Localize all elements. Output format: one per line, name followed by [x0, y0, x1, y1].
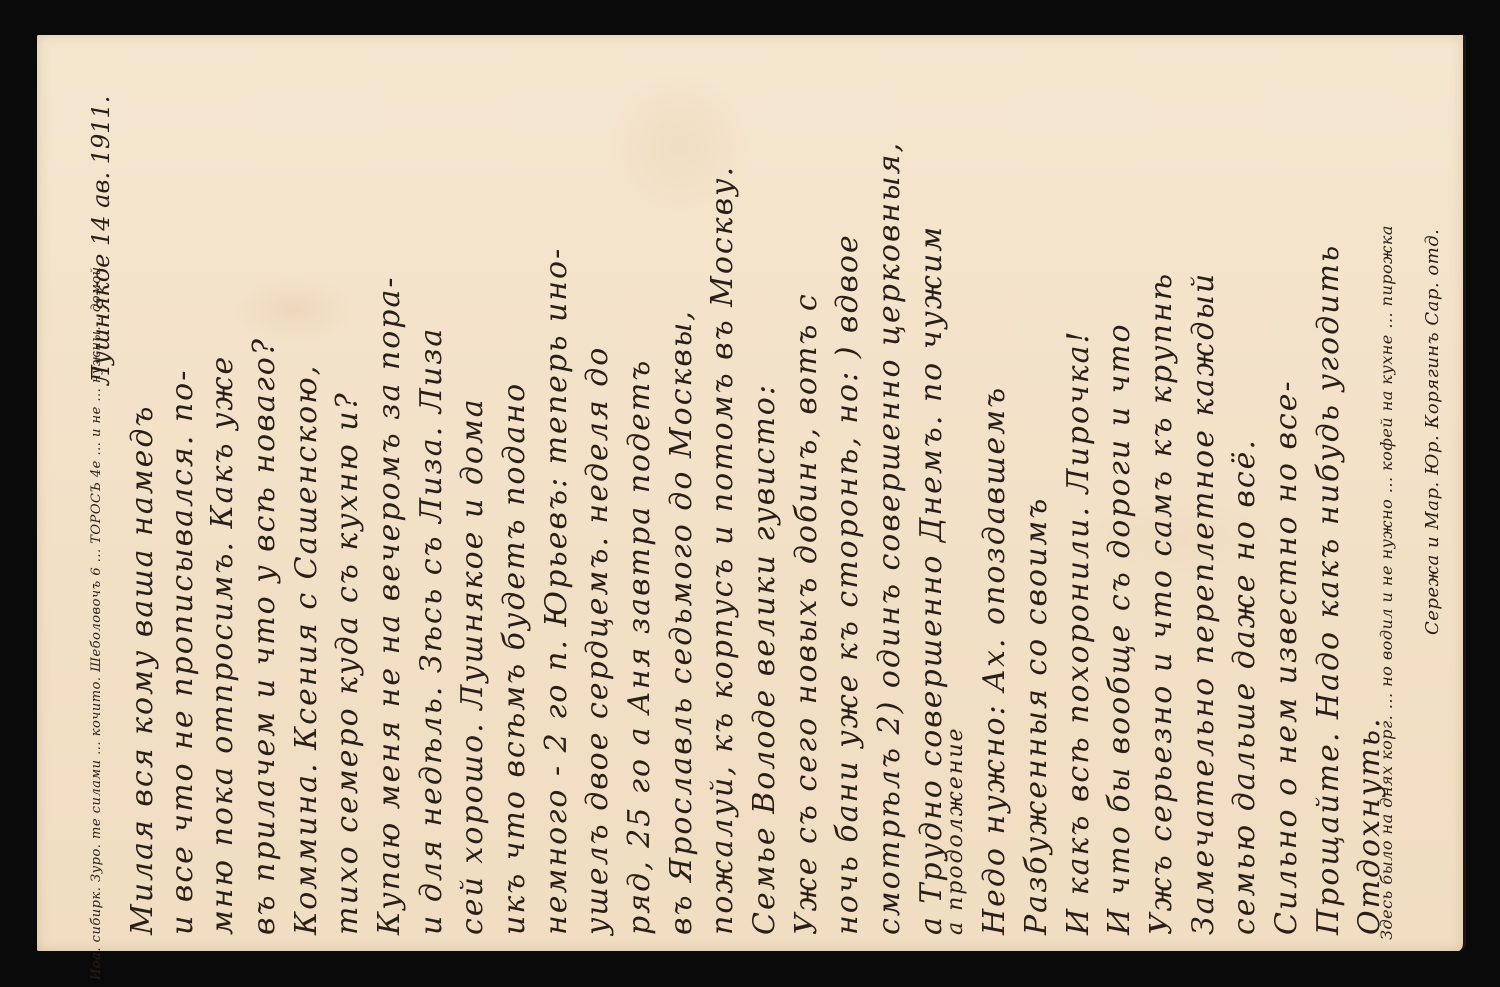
text-line: Сильно о нем известно но все-	[1269, 379, 1304, 935]
text-line: семью дальше даже но всё.	[1227, 438, 1262, 935]
postcard: Лушнякое 14 ав. 1911. Иоа. сибирк. Зуро.…	[37, 35, 1466, 951]
text-line: Милая вся кому ваша намедъ	[125, 405, 160, 935]
text-line: Разбуженныя со своимъ	[1019, 497, 1054, 935]
text-line: ушелъ двое сердцемъ. неделя до	[580, 346, 615, 935]
text-line: пожалуй, къ корпусъ и потомъ въ Москву.	[705, 165, 740, 935]
text-line: Купаю меня не на вечеромъ за пора-	[372, 276, 407, 936]
text-line: а продолжение	[943, 726, 968, 935]
text-line: И какъ всѣ похоронили. Лирочка!	[1061, 329, 1096, 935]
footer-note: Здесь было на днях корг. ... но водил и …	[1377, 225, 1396, 940]
text-line: Коммина. Ксения с Сашенскою,	[289, 364, 324, 935]
text-line: сей хорошо. Лушнякое и дома	[455, 397, 490, 935]
margin-note: Иоа. сибирк. Зуро. те силами ... кочито.…	[89, 266, 104, 980]
text-line: въ прилачем и что у всѣ новаго?	[247, 337, 282, 935]
text-line: Семье Володе велики гувисто:	[747, 383, 782, 935]
text-line: мню пока отпросимъ. Какъ уже	[205, 355, 240, 935]
text-line: смотрѣлъ 2) одинъ совершенно церковныя,	[872, 141, 907, 935]
text-line: Прощайте. Надо какъ нибудь угодить	[1311, 244, 1346, 935]
text-line: ночь бани уже къ сторонѣ, но: ) вдвое	[830, 233, 865, 935]
text-line: тихо семеро куда съ кухню и?	[330, 391, 365, 935]
text-line: Недо нужно: Ах. опоздавшемъ	[977, 386, 1012, 935]
text-line: въ Ярославль седьмого до Москвы,	[664, 309, 699, 935]
text-line: Ужъ серьезно и что самъ къ крупнѣ	[1144, 272, 1179, 935]
text-line: и для недѣль. Зѣсь съ Лиза. Лиза	[414, 327, 449, 935]
text-line: немного - 2 го п. Юрьевъ: теперь ино-	[539, 247, 574, 935]
right-edge-note: Сережа и Мар. Юр. Корягинъ Сар. отд.	[1422, 229, 1443, 635]
text-line: Уже съ сего новыхъ добинъ, вотъ с	[789, 292, 824, 935]
text-line: и все что не прописывался. по-	[165, 369, 200, 935]
text-line: ряд, 25 го а Аня завтра подетъ	[622, 359, 657, 935]
text-line: икъ что всѣмъ будетъ подано	[497, 382, 532, 935]
text-line: Замечательно переплетное каждый	[1186, 272, 1221, 935]
text-line: И что бы вообще съ дороги и что	[1102, 322, 1137, 935]
